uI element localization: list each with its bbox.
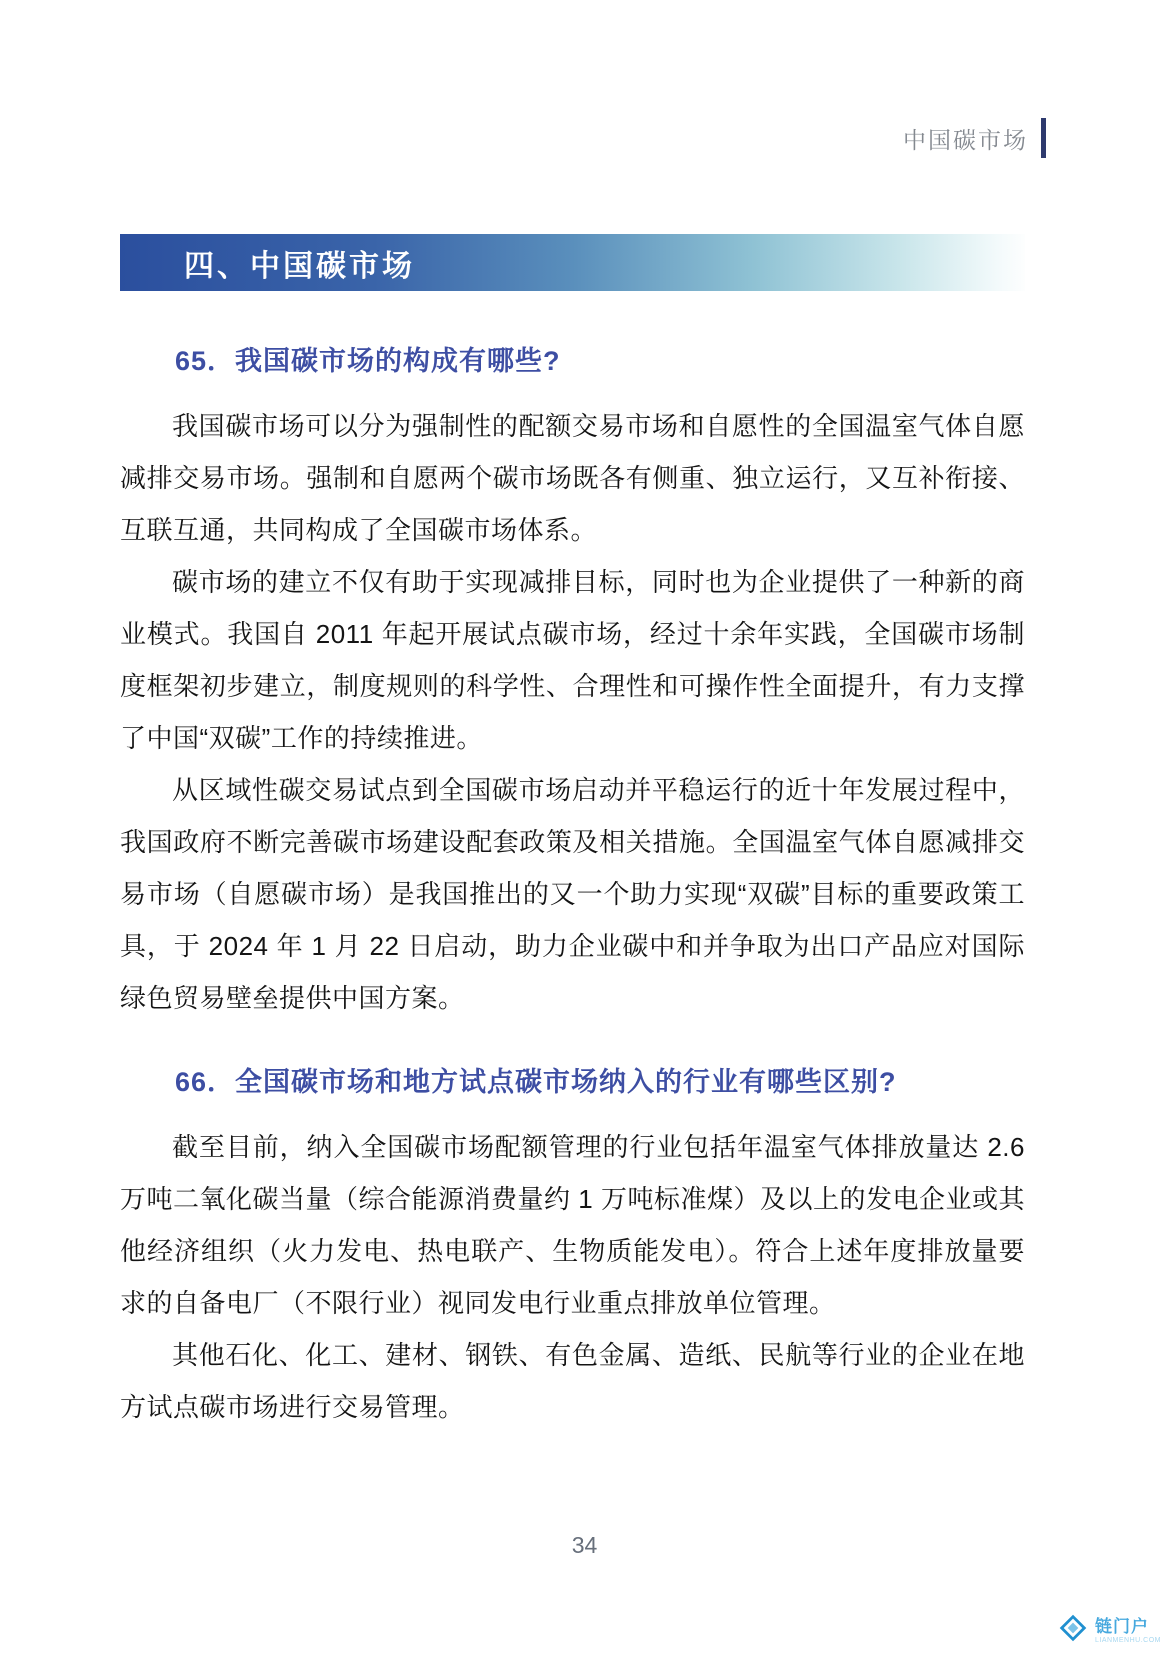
paragraph: 碳市场的建立不仅有助于实现减排目标，同时也为企业提供了一种新的商业模式。我国自 … (120, 556, 1025, 764)
page-number: 34 (0, 1532, 1169, 1559)
watermark-text: 链门户 LIANMENHU.COM (1095, 1618, 1161, 1644)
watermark-brand: 链门户 (1095, 1618, 1161, 1635)
paragraph: 截至目前，纳入全国碳市场配额管理的行业包括年温室气体排放量达 2.6 万吨二氧化… (120, 1121, 1025, 1329)
document-body: 65．我国碳市场的构成有哪些? 我国碳市场可以分为强制性的配额交易市场和自愿性的… (120, 291, 1025, 1433)
section-banner: 四、中国碳市场 (120, 234, 1025, 291)
running-header: 中国碳市场 (903, 118, 1046, 158)
paragraph: 从区域性碳交易试点到全国碳市场启动并平稳运行的近十年发展过程中，我国政府不断完善… (120, 764, 1025, 1024)
watermark-domain: LIANMENHU.COM (1095, 1637, 1161, 1644)
question-heading-66: 66．全国碳市场和地方试点碳市场纳入的行业有哪些区别? (120, 1060, 1025, 1099)
header-divider-bar (1041, 118, 1046, 158)
diamond-logo-icon (1057, 1612, 1089, 1649)
paragraph: 我国碳市场可以分为强制性的配额交易市场和自愿性的全国温室气体自愿减排交易市场。强… (120, 400, 1025, 556)
paragraph: 其他石化、化工、建材、钢铁、有色金属、造纸、民航等行业的企业在地方试点碳市场进行… (120, 1329, 1025, 1433)
running-header-title: 中国碳市场 (903, 122, 1028, 155)
document-page: 中国碳市场 四、中国碳市场 65．我国碳市场的构成有哪些? 我国碳市场可以分为强… (0, 0, 1169, 1653)
section-banner-title: 四、中国碳市场 (120, 241, 415, 285)
watermark-logo: 链门户 LIANMENHU.COM (1057, 1612, 1161, 1649)
question-heading-65: 65．我国碳市场的构成有哪些? (120, 339, 1025, 378)
